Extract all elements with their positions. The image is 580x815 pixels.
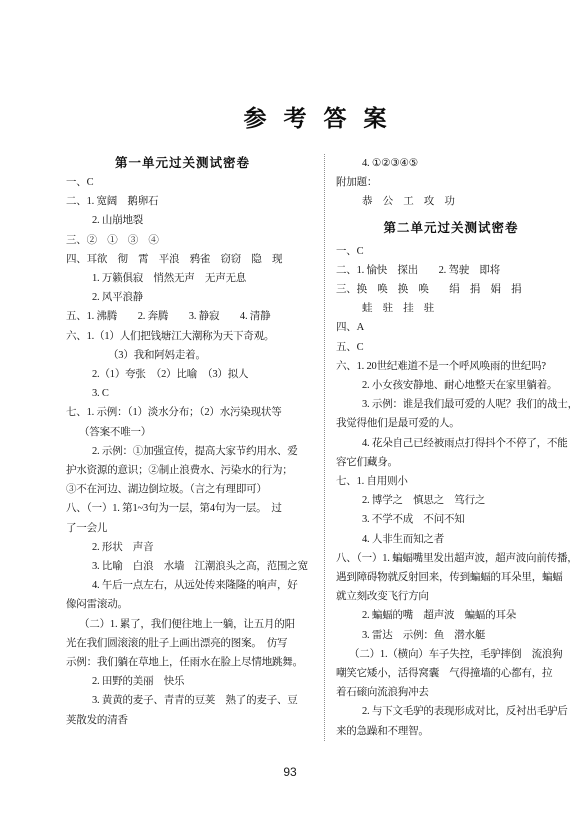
answer-line: 4. 午后一点左右，从远处传来隆隆的响声，好 <box>66 576 299 595</box>
answer-line: 五、1. 沸腾 2. 奔腾 3. 静寂 4. 清静 <box>66 307 299 326</box>
answer-line: 2. 田野的美丽 快乐 <box>66 672 299 691</box>
answer-line: 七、1. 示例：（1）淡水分布；（2）水污染现状等 <box>66 403 299 422</box>
answer-line: 八、（一）1. 第1~3句为一层，第4句为一层。 过 <box>66 499 299 518</box>
answer-line: 2. 蝙蝠的嘴 超声波 蝙蝠的耳朵 <box>336 606 566 625</box>
unit1-continuation-lines: 4. ①②③④⑤ 附加题： 恭 公 工 攻 功 <box>336 154 566 212</box>
answer-line: 八、（一）1. 蝙蝠嘴里发出超声波，超声波向前传播， <box>336 549 566 568</box>
answer-line: 2. 风平浪静 <box>66 288 299 307</box>
answer-line: 恭 公 工 攻 功 <box>336 192 566 211</box>
answer-line: 一、C <box>66 173 299 192</box>
answer-line: 来的急躁和不理智。 <box>336 722 566 741</box>
answer-line: 遇到障碍物就反射回来，传到蝙蝠的耳朵里，蝙蝠 <box>336 568 566 587</box>
answer-line: 4. 花朵自己已经被雨点打得抖个不停了，不能 <box>336 434 566 453</box>
answer-line: 容它们藏身。 <box>336 453 566 472</box>
answer-line: 2.（1）夸张 （2）比喻 （3）拟人 <box>66 365 299 384</box>
answer-line: 2. 与下文毛驴的表现形成对比，反衬出毛驴后 <box>336 702 566 721</box>
answer-line: 蛙 驻 挂 驻 <box>336 299 566 318</box>
answer-line: 七、1. 自用则小 <box>336 472 566 491</box>
answer-line: 二、1. 宽阔 鹅卵石 <box>66 192 299 211</box>
answer-line: 三、② ① ③ ④ <box>66 231 299 250</box>
answer-line: 三、换 唤 换 唤 绢 捐 娟 捐 <box>336 280 566 299</box>
answer-line: 我觉得他们是最可爱的人。 <box>336 414 566 433</box>
answer-line: 光在我们圆滚滚的肚子上画出漂亮的图案。 仿写 <box>66 634 299 653</box>
answer-line: 2. 形状 声音 <box>66 538 299 557</box>
page-title: 参考答案 <box>66 0 564 133</box>
answer-line: 2. 示例：①加强宣传，提高大家节约用水、爱 <box>66 442 299 461</box>
answer-line: 2. 博学之 慎思之 笃行之 <box>336 491 566 510</box>
answer-line: 四、A <box>336 318 566 337</box>
two-column-layout: 第一单元过关测试密卷 一、C 二、1. 宽阔 鹅卵石 2. 山崩地裂 三、② ①… <box>0 154 580 741</box>
answer-line: ③不在河边、湖边倒垃圾。（言之有理即可） <box>66 480 299 499</box>
left-column: 第一单元过关测试密卷 一、C 二、1. 宽阔 鹅卵石 2. 山崩地裂 三、② ①… <box>66 154 299 741</box>
answer-line: 荚散发的清香 <box>66 711 299 730</box>
answer-line: 护水资源的意识；②制止浪费水、污染水的行为； <box>66 461 299 480</box>
answer-line: 五、C <box>336 338 566 357</box>
answer-line: 了一会儿 <box>66 519 299 538</box>
answer-line: 3. 比喻 白浪 水墙 江潮浪头之高，范围之宽 <box>66 557 299 576</box>
answer-line: 2. 小女孩安静地、耐心地整天在家里躺着。 <box>336 376 566 395</box>
answer-line: 六、1.（1）人们把钱塘江大潮称为天下奇观。 <box>66 327 299 346</box>
answer-line: 嘲笑它矮小，活得窝囊 气得撞墙的心都有，拉 <box>336 664 566 683</box>
answer-line: 3. 雷达 示例：鱼 潜水艇 <box>336 626 566 645</box>
answer-line: （二）1. 累了，我们便往地上一躺，让五月的阳 <box>66 615 299 634</box>
right-column: 4. ①②③④⑤ 附加题： 恭 公 工 攻 功 第二单元过关测试密卷 一、C 二… <box>336 154 566 741</box>
page-number: 93 <box>0 765 580 779</box>
answer-line: 着石磙向流浪狗冲去 <box>336 683 566 702</box>
answer-line: 就立刻改变飞行方向 <box>336 587 566 606</box>
answer-line: 四、耳欲 彻 霄 平浪 鸦雀 窃窃 隐 现 <box>66 250 299 269</box>
answer-line: 附加题： <box>336 173 566 192</box>
answer-line: 3. C <box>66 384 299 403</box>
answer-line: 4. ①②③④⑤ <box>336 154 566 173</box>
answer-line: 4. 人非生而知之者 <box>336 530 566 549</box>
unit2-section-header: 第二单元过关测试密卷 <box>336 219 566 238</box>
answer-line: 3. 不学不成 不问不知 <box>336 510 566 529</box>
answer-line: 2. 山崩地裂 <box>66 211 299 230</box>
column-divider <box>324 154 325 741</box>
answer-line: （二）1.（横向）车子失控，毛驴摔倒 流浪狗 <box>336 645 566 664</box>
answer-line: （3）我和阿妈走着。 <box>66 346 299 365</box>
answer-key-page: 参考答案 第一单元过关测试密卷 一、C 二、1. 宽阔 鹅卵石 2. 山崩地裂 … <box>0 0 580 815</box>
unit1-answer-lines: 一、C 二、1. 宽阔 鹅卵石 2. 山崩地裂 三、② ① ③ ④ 四、耳欲 彻… <box>66 173 299 730</box>
answer-line: 像闷雷滚动。 <box>66 595 299 614</box>
answer-line: 二、1. 愉快 探出 2. 驾驶 即将 <box>336 261 566 280</box>
answer-line: 3. 示例：谁是我们最可爱的人呢？我们的战士， <box>336 395 566 414</box>
answer-line: 3. 黄黄的麦子、青青的豆荚 熟了的麦子、豆 <box>66 691 299 710</box>
answer-line: 一、C <box>336 242 566 261</box>
unit1-section-header: 第一单元过关测试密卷 <box>66 154 299 173</box>
unit2-answer-lines: 一、C 二、1. 愉快 探出 2. 驾驶 即将 三、换 唤 换 唤 绢 捐 娟 … <box>336 242 566 741</box>
answer-line: 1. 万籁俱寂 悄然无声 无声无息 <box>66 269 299 288</box>
answer-line: （答案不唯一） <box>66 423 299 442</box>
answer-line: 示例：我们躺在草地上，任雨水在脸上尽情地跳舞。 <box>66 653 299 672</box>
answer-line: 六、1. 20世纪难道不是一个呼风唤雨的世纪吗? <box>336 357 566 376</box>
